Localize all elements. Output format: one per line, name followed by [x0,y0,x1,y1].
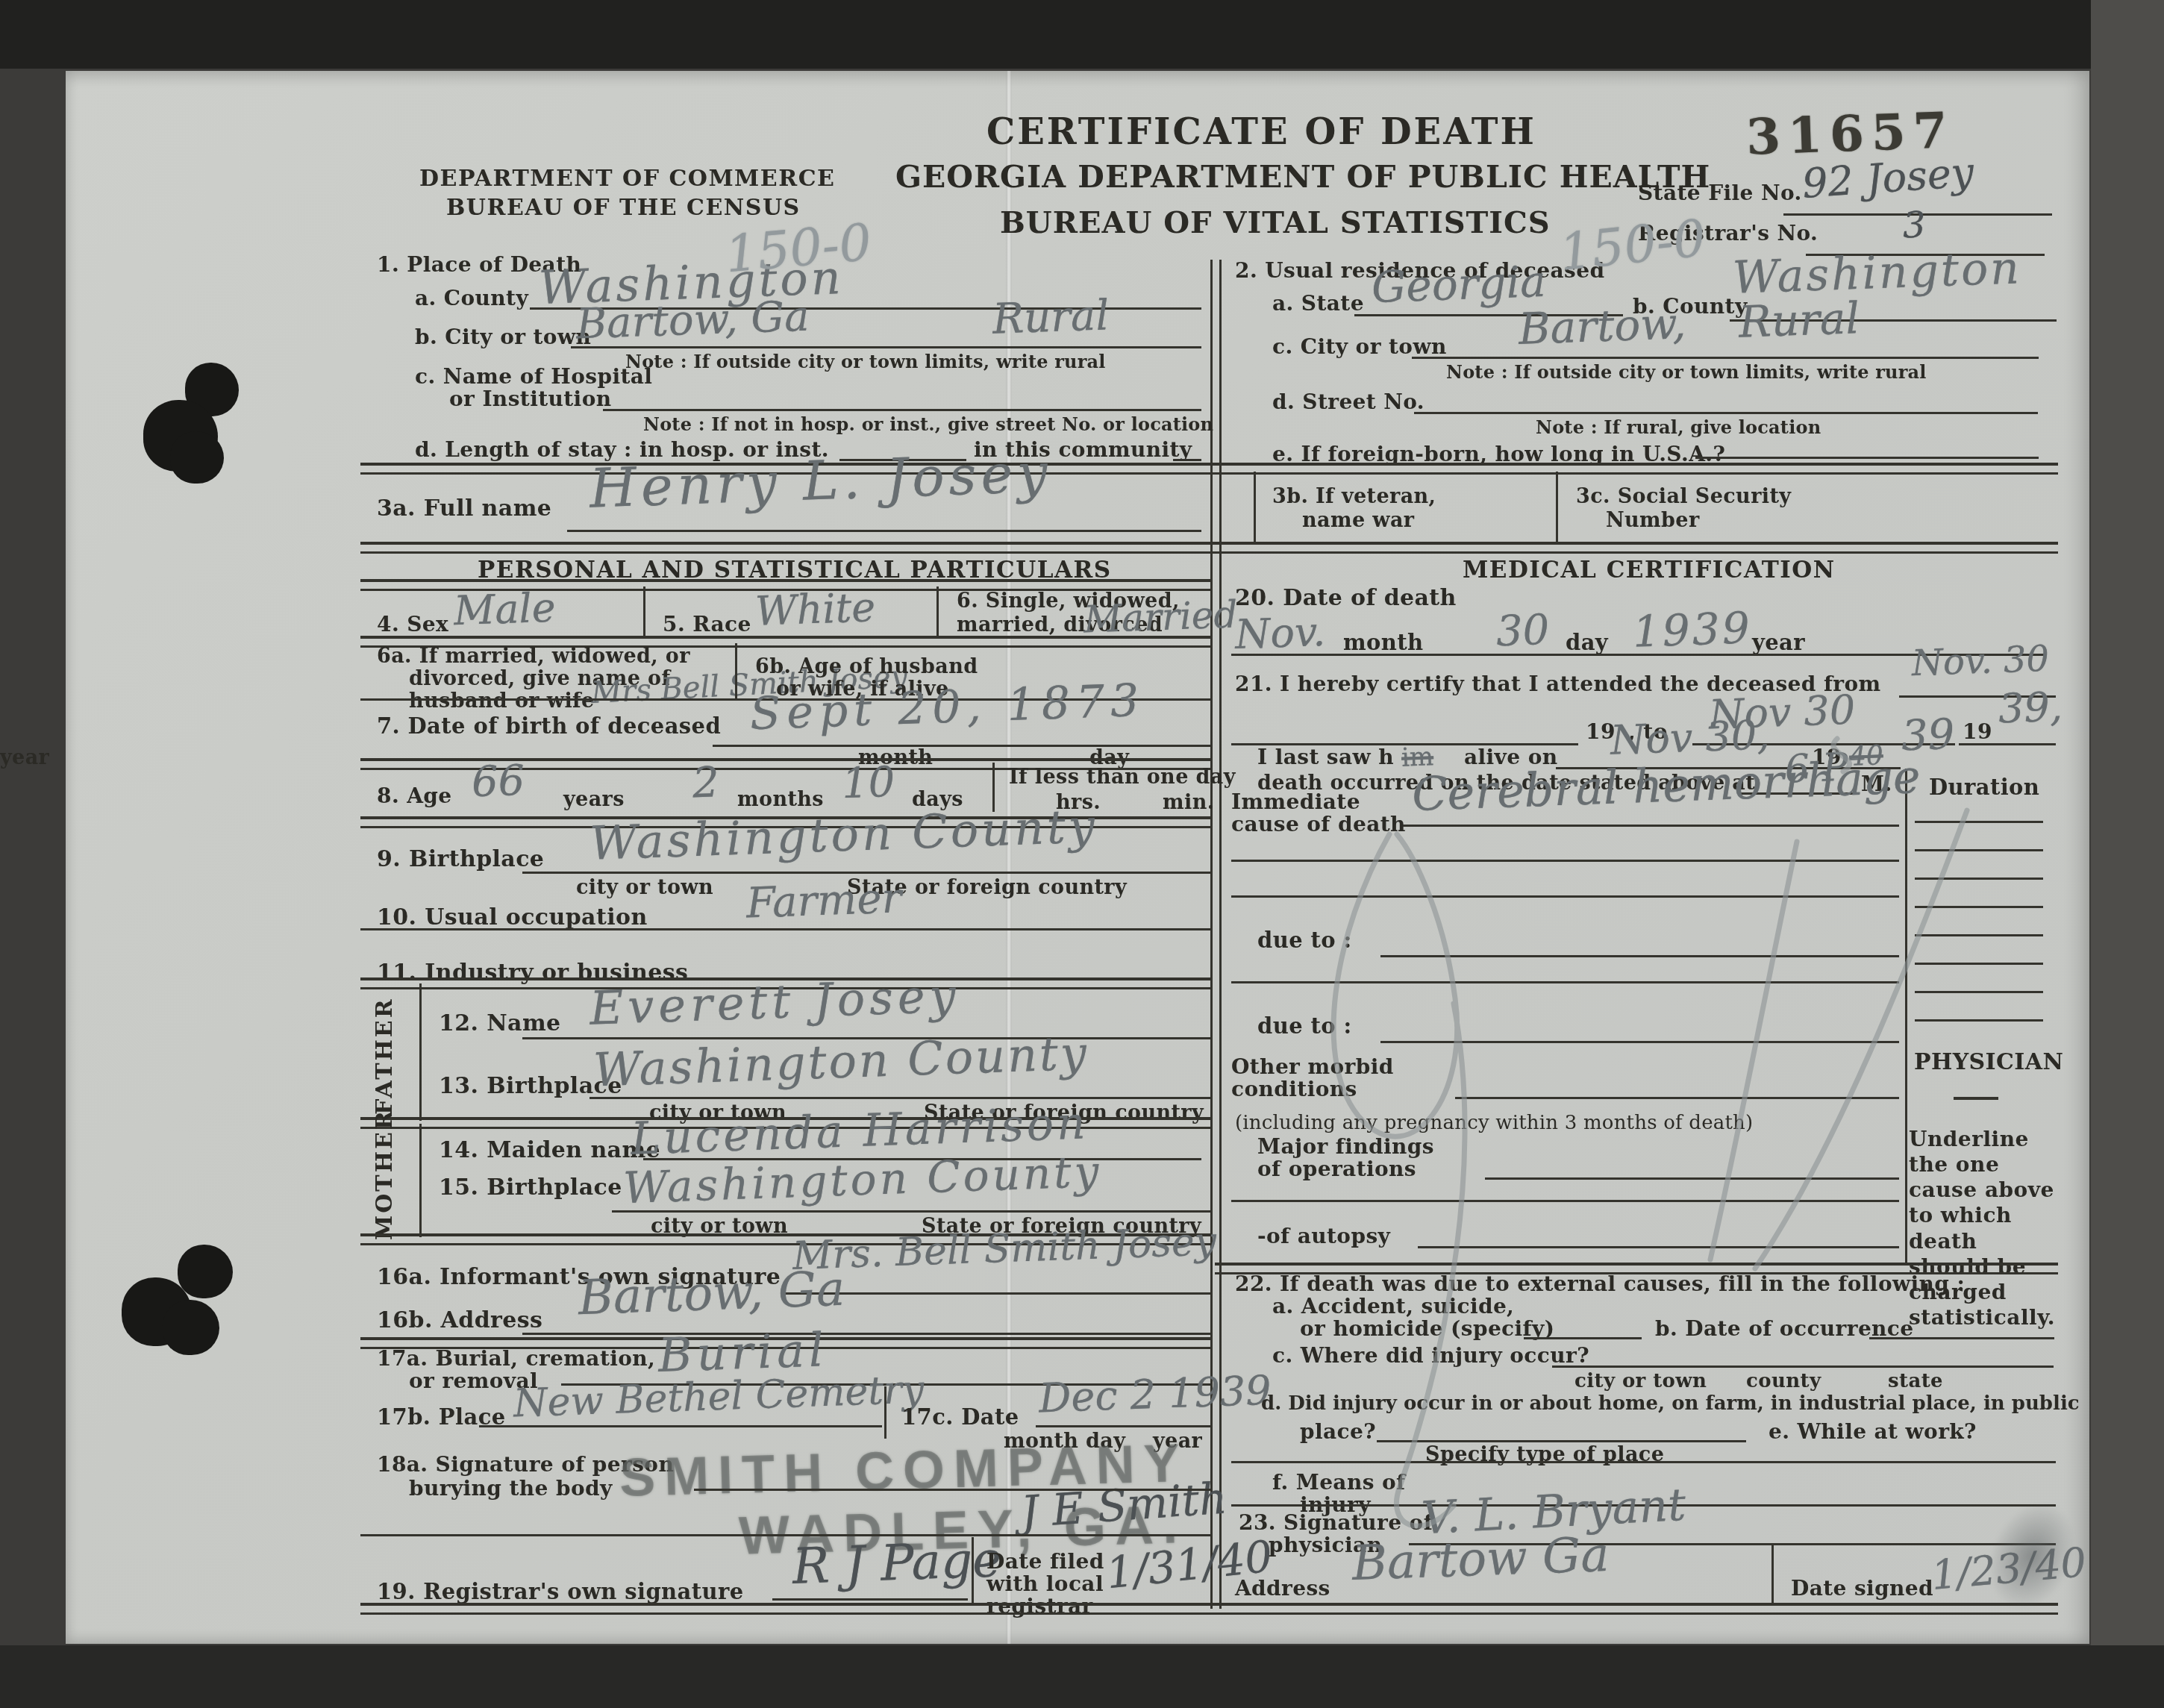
dob-value: Sept 20, 1873 [749,678,1145,736]
sex-value: Male [453,588,557,632]
rule-line [567,530,1201,532]
sex-label: 4. Sex [377,613,448,635]
registrar-signature-value: R J Page [792,1535,1002,1592]
rule-line [1869,1337,2054,1339]
rule-line [1915,821,2043,823]
hospital-note: Note : If not in hosp. or inst., give st… [643,415,1213,434]
punch-hole [163,1300,219,1355]
occupation-label: 10. Usual occupation [377,906,648,930]
registrar-signature-label: 19. Registrar's own signature [377,1580,744,1603]
means-label1: f. Means of [1272,1471,1405,1493]
street-note: Note : If rural, give location [1536,418,1821,437]
age-years-value: 66 [471,760,525,804]
rule-line [522,872,1210,874]
medical-certification-header: MEDICAL CERTIFICATION [1463,558,1836,583]
race-value: White [754,587,876,632]
duration-label: Duration [1929,776,2039,798]
rule-line [1377,1440,1746,1442]
rule-line [1231,895,1899,898]
state-file-no-value: 92 Josey [1801,152,1974,204]
rule-line [694,1489,1210,1491]
findings-label2: of operations [1257,1158,1416,1180]
state-label: a. State [1272,293,1364,314]
race-label: 5. Race [663,613,751,635]
rule-line [522,1333,1210,1335]
punch-hole [170,431,224,484]
section-separator [360,542,2058,554]
findings-label1: Major findings [1257,1136,1434,1157]
cell-divider [972,1537,974,1604]
father-side-label: FATHER [372,994,398,1115]
attended-from-value: Nov. 30 [1911,641,2049,681]
rule-line [1915,849,2043,851]
bottom-border [360,1603,2058,1615]
certificate-title: CERTIFICATE OF DEATH [986,113,1536,151]
rule-line [1915,906,2043,908]
accident-label2: or homicide (specify) [1300,1318,1554,1339]
father-name-label: 12. Name [439,1012,561,1036]
underline-instruction: Underline the one cause above to which d… [1909,1127,2058,1330]
res-city-rural: Rural [1738,296,1860,344]
age-months-value: 2 [692,762,720,804]
pencil-code-2: 150-0 [1557,213,1708,279]
birthplace-sub1: city or town [576,878,713,898]
ssn-label2: Number [1606,510,1700,531]
rule-line [571,346,1201,348]
state-file-no-label: State File No. [1638,182,1802,204]
burial-date-label: 17c. Date [901,1406,1019,1428]
occupation-value: Farmer [745,878,902,925]
physician-sig-label1: 23. Signature of [1239,1512,1433,1533]
cell-divider [735,643,737,698]
rule-line [1915,878,2043,880]
hospital-label2: or Institution [449,388,611,410]
rule-line [1418,1246,1899,1248]
rule-line [1915,1019,2043,1022]
rule-line [1485,1177,1899,1180]
attended-to-year: 39, [1998,687,2063,730]
last-saw-label-a: I last saw h [1257,746,1394,768]
injury-sub3: state [1888,1371,1943,1392]
age-days-value: 10 [841,762,895,805]
while-at-work-label: e. While at work? [1769,1421,1977,1442]
external-causes-label: 22. If death was due to external causes,… [1235,1273,1965,1295]
street-no-label: d. Street No. [1272,391,1425,413]
dod-month-label: month [1343,631,1424,654]
pregnancy-note: (including any pregnancy within 3 months… [1235,1113,1753,1133]
due-to-label-2: due to : [1257,1015,1352,1037]
cell-divider [936,586,939,636]
city-rural-value: Rural [992,295,1110,340]
rule-line [603,409,1201,411]
punch-hole [178,1245,233,1298]
mother-birthplace-label: 15. Birthplace [439,1176,622,1200]
injury-place-label: d. Did injury occur in or about home, on… [1261,1394,2080,1414]
birthplace-label: 9. Birthplace [377,848,544,872]
rule-line [612,1210,1210,1213]
scan-background-top [0,0,2164,69]
scan-background-right [2091,0,2164,1708]
cell-divider [1556,472,1558,542]
certificate-subtitle1: GEORGIA DEPARTMENT OF PUBLIC HEALTH [895,161,1710,193]
min-label: min. [1163,792,1214,813]
pencil-code: 150-0 [723,218,873,281]
rule-line [1915,934,2043,936]
rule-line [1231,860,1899,862]
dod-year-value: 1939 [1632,606,1753,654]
hospital-label1: c. Name of Hospital [415,366,652,387]
morbid-label2: conditions [1231,1078,1357,1100]
age-months-label: months [737,789,824,810]
place-label: place? [1300,1421,1376,1442]
accident-label1: a. Accident, suicide, [1272,1295,1514,1317]
date-filed-label1: Date filed [986,1551,1104,1572]
rule-line [1231,1461,2056,1463]
last-saw-value: Nov 30, [1610,715,1770,760]
rural-note: Note : If outside city or town limits, w… [625,352,1106,371]
father-name-value: Everett Josey [589,972,960,1031]
cell-divider [419,983,422,1121]
spouse-label1: 6a. If married, widowed, or [377,646,690,667]
rule-line [1552,1366,2054,1368]
burier-label2: burying the body [409,1477,613,1499]
date-signed-label: Date signed [1791,1577,1933,1599]
physician-label: PHYSICIAN [1914,1051,2063,1074]
rule-line [1915,991,2043,993]
immediate-label1: Immediate [1231,791,1360,813]
date-of-death-label: 20. Date of death [1235,586,1457,610]
county-label: a. County [415,287,528,309]
res-city-label: c. City or town [1272,336,1447,357]
rule-line [1412,357,2039,359]
physician-address-label: Address [1235,1577,1330,1599]
dod-day-value: 30 [1495,610,1550,653]
res-rural-note: Note : If outside city or town limits, w… [1446,363,1927,381]
burial-date-value: Dec 2 1939 [1038,1371,1272,1419]
age-label: 8. Age [377,785,452,807]
rule-line [1231,981,1899,983]
injury-sub2: county [1746,1371,1821,1392]
burial-label1: 17a. Burial, cremation, [377,1348,655,1369]
rule-line [1959,743,2056,745]
rule-line [1695,457,2039,459]
scan-background-bottom [0,1645,2164,1708]
physician-address-value: Bartow Ga [1351,1531,1610,1588]
rule-line [590,1097,1210,1099]
cell-divider [419,1124,422,1237]
rule-line [1524,1337,1642,1339]
marital-value: Married [1083,595,1238,638]
rule-line [1403,825,1899,827]
full-name-value: Henry L. Josey [589,445,1053,516]
due-to-label-1: due to : [1257,929,1352,951]
date-filed-label2: with local [986,1573,1104,1595]
dod-year-label: year [1752,631,1805,654]
burier-signature: J E Smith [1019,1476,1228,1533]
state-value: Georgia [1371,260,1546,309]
rule-line [360,928,1210,930]
cell-divider [884,1386,886,1439]
less-than-day-label: If less than one day [1009,767,1236,788]
rule-line [772,1598,968,1601]
occurrence-date-label: b. Date of occurrence [1655,1318,1914,1339]
rule-line [479,1425,882,1427]
rule-line [1915,963,2043,965]
cell-divider [643,586,645,636]
rule-line [1380,955,1899,957]
rule-line [1455,1097,1899,1099]
spouse-label3: husband or wife [409,691,595,712]
duration-divider [1905,769,1907,1266]
veteran-label1: 3b. If veteran, [1272,487,1436,507]
spouse-age-label1: 6b. Age of husband [755,657,978,678]
rule-line [1380,1041,1899,1043]
full-name-label: 3a. Full name [377,497,551,521]
rule-line [1173,459,1201,461]
ssn-label1: 3c. Social Security [1576,487,1791,507]
injury-where-label: c. Where did injury occur? [1272,1345,1589,1366]
rule-line [360,1534,1210,1536]
registrar-no-value: 3 [1902,207,1926,243]
rule-line [1414,412,2038,414]
rule-line [1036,1425,1210,1427]
immediate-label2: cause of death [1231,813,1406,835]
rule-line [784,1292,1210,1295]
veteran-label2: name war [1302,510,1414,531]
certificate-subtitle2: BUREAU OF VITAL STATISTICS [1000,207,1551,239]
bureau-of-census: BUREAU OF THE CENSUS [446,196,801,220]
cell-divider [1771,1543,1774,1604]
rule-line [713,745,1210,747]
mother-side-label: MOTHER [372,1128,398,1240]
dash [1954,1097,1998,1100]
printed-19b: 19 [1963,721,1992,742]
dob-label: 7. Date of birth of deceased [377,715,721,737]
dod-month-value: Nov. [1234,612,1326,655]
informant-address-value: Bartow, Ga [578,1266,845,1322]
dept-of-commerce: DEPARTMENT OF COMMERCE [419,167,835,191]
age-years-label: years [563,789,625,810]
foreign-born-label: e. If foreign-born, how long in U.S.A.? [1272,443,1725,465]
morbid-label1: Other morbid [1231,1056,1394,1077]
informant-address-label: 16b. Address [377,1309,542,1333]
scanned-death-certificate: DEPARTMENT OF COMMERCE BUREAU OF THE CEN… [0,0,2164,1708]
rule-line [1231,1200,1899,1202]
city-label: b. City or town [415,326,591,348]
maiden-name-label: 14. Maiden name [439,1139,660,1163]
res-city-value: Bartow, [1518,301,1686,351]
autopsy-label: -of autopsy [1257,1225,1390,1247]
injury-sub1: city or town [1574,1371,1707,1392]
cell-divider [1254,472,1256,542]
city-value: Bartow, Ga [575,296,810,346]
res-county-value: Washington [1732,245,2022,300]
dod-day-label: day [1566,631,1608,654]
dob-year-label: year [0,748,49,769]
